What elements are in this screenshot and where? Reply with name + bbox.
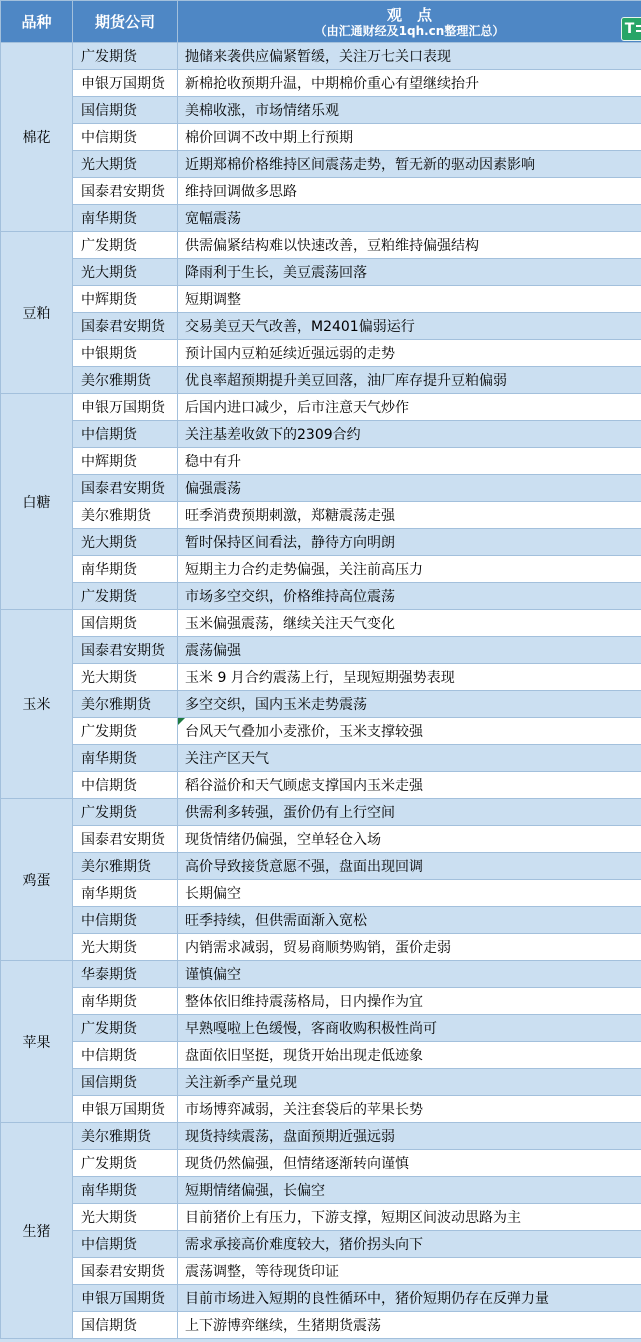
table-row: 美尔雅期货多空交织，国内玉米走势震荡	[1, 691, 641, 718]
table-row: 玉米国信期货玉米偏强震荡，继续关注天气变化	[1, 610, 641, 637]
view-cell[interactable]: 市场多空交织，价格维持高位震荡	[178, 583, 641, 610]
table-row: 中信期货稻谷溢价和天气顾虑支撑国内玉米走强	[1, 772, 641, 799]
company-cell[interactable]: 广发期货	[73, 232, 178, 259]
company-cell[interactable]: 南华期货	[73, 988, 178, 1015]
table-row: 国泰君安期货震荡调整，等待现货印证	[1, 1258, 641, 1285]
view-cell[interactable]: 宽幅震荡	[178, 205, 641, 232]
table-row: 美尔雅期货旺季消费预期刺激，郑糖震荡走强	[1, 502, 641, 529]
table-row: 国信期货美棉收涨，市场情绪乐观	[1, 97, 641, 124]
company-cell[interactable]: 广发期货	[73, 799, 178, 826]
variety-cell[interactable]: 玉米	[1, 610, 73, 799]
table-row: 广发期货市场多空交织，价格维持高位震荡	[1, 583, 641, 610]
table-row: 苹果华泰期货谨慎偏空	[1, 961, 641, 988]
view-cell[interactable]: 稻谷溢价和天气顾虑支撑国内玉米走强	[178, 772, 641, 799]
variety-cell[interactable]: 鸡蛋	[1, 799, 73, 961]
header-view: 观 点 （由汇通财经及1qh.cn整理汇总）	[178, 1, 641, 43]
company-cell[interactable]: 美尔雅期货	[73, 367, 178, 394]
view-cell[interactable]: 高价导致接货意愿不强，盘面出现回调	[178, 853, 641, 880]
header-row: 品种 期货公司 观 点 （由汇通财经及1qh.cn整理汇总）	[1, 1, 641, 43]
view-cell[interactable]: 目前市场进入短期的良性循环中，猪价短期仍存在反弹力量	[178, 1285, 641, 1312]
variety-cell[interactable]: 棉花	[1, 43, 73, 232]
view-cell[interactable]: 短期主力合约走势偏强，关注前高压力	[178, 556, 641, 583]
table-row: 中信期货盘面依旧坚挺，现货开始出现走低迹象	[1, 1042, 641, 1069]
company-cell[interactable]: 中辉期货	[73, 448, 178, 475]
company-cell[interactable]: 国信期货	[73, 1312, 178, 1339]
table-row: 中信期货关注基差收敛下的2309合约	[1, 421, 641, 448]
table-row: 南华期货关注产区天气	[1, 745, 641, 772]
table-row: 中信期货旺季持续，但供需面渐入宽松	[1, 907, 641, 934]
view-cell[interactable]: 多空交织，国内玉米走势震荡	[178, 691, 641, 718]
company-cell[interactable]: 中信期货	[73, 907, 178, 934]
table-row: 美尔雅期货高价导致接货意愿不强，盘面出现回调	[1, 853, 641, 880]
table-row: 国泰君安期货震荡偏强	[1, 637, 641, 664]
table-row: 生猪美尔雅期货现货持续震荡，盘面预期近强远弱	[1, 1123, 641, 1150]
view-cell[interactable]: 玉米偏强震荡，继续关注天气变化	[178, 610, 641, 637]
view-cell[interactable]: 旺季消费预期刺激，郑糖震荡走强	[178, 502, 641, 529]
view-cell[interactable]: 台风天气叠加小麦涨价，玉米支撑较强	[178, 718, 641, 745]
company-cell[interactable]: 美尔雅期货	[73, 691, 178, 718]
view-cell[interactable]: 关注基差收敛下的2309合约	[178, 421, 641, 448]
company-cell[interactable]: 国信期货	[73, 610, 178, 637]
view-cell[interactable]: 现货持续震荡，盘面预期近强远弱	[178, 1123, 641, 1150]
table-row: 国泰君安期货偏强震荡	[1, 475, 641, 502]
view-cell[interactable]: 现货仍然偏强，但情绪逐渐转向谨慎	[178, 1150, 641, 1177]
company-cell[interactable]: 光大期货	[73, 664, 178, 691]
company-cell[interactable]: 国泰君安期货	[73, 178, 178, 205]
view-cell[interactable]: 优良率超预期提升美豆回落，油厂库存提升豆粕偏弱	[178, 367, 641, 394]
table-row: 南华期货短期主力合约走势偏强，关注前高压力	[1, 556, 641, 583]
variety-cell[interactable]: 豆粕	[1, 232, 73, 394]
company-cell[interactable]: 申银万国期货	[73, 1096, 178, 1123]
view-cell[interactable]: 美棉收涨，市场情绪乐观	[178, 97, 641, 124]
table-row: 光大期货近期郑棉价格维持区间震荡走势，暂无新的驱动因素影响	[1, 151, 641, 178]
company-cell[interactable]: 中信期货	[73, 421, 178, 448]
table-row: 广发期货现货仍然偏强，但情绪逐渐转向谨慎	[1, 1150, 641, 1177]
company-cell[interactable]: 申银万国期货	[73, 70, 178, 97]
view-cell[interactable]: 降雨利于生长，美豆震荡回落	[178, 259, 641, 286]
view-cell[interactable]: 内销需求减弱，贸易商顺势购销，蛋价走弱	[178, 934, 641, 961]
company-cell[interactable]: 中信期货	[73, 1042, 178, 1069]
table-row: 南华期货长期偏空	[1, 880, 641, 907]
table-row: 中辉期货稳中有升	[1, 448, 641, 475]
company-cell[interactable]: 光大期货	[73, 1204, 178, 1231]
futures-views-table: 品种 期货公司 观 点 （由汇通财经及1qh.cn整理汇总） 棉花广发期货抛储来…	[0, 0, 641, 1339]
table-row: 南华期货短期情绪偏强，长偏空	[1, 1177, 641, 1204]
table-row: 中信期货需求承接高价难度较大，猪价拐头向下	[1, 1231, 641, 1258]
company-cell[interactable]: 南华期货	[73, 880, 178, 907]
view-cell[interactable]: 抛储来袭供应偏紧暂缓，关注万七关口表现	[178, 43, 641, 70]
view-cell[interactable]: 市场博弈减弱，关注套袋后的苹果长势	[178, 1096, 641, 1123]
company-cell[interactable]: 国泰君安期货	[73, 1258, 178, 1285]
table-row: 中银期货预计国内豆粕延续近强远弱的走势	[1, 340, 641, 367]
company-cell[interactable]: 南华期货	[73, 556, 178, 583]
view-cell[interactable]: 偏强震荡	[178, 475, 641, 502]
view-cell[interactable]: 盘面依旧坚挺，现货开始出现走低迹象	[178, 1042, 641, 1069]
view-cell[interactable]: 关注产区天气	[178, 745, 641, 772]
company-cell[interactable]: 美尔雅期货	[73, 853, 178, 880]
table-row: 国泰君安期货交易美豆天气改善，M2401偏弱运行	[1, 313, 641, 340]
variety-cell[interactable]: 生猪	[1, 1123, 73, 1339]
table-row: 南华期货宽幅震荡	[1, 205, 641, 232]
view-cell[interactable]: 震荡调整，等待现货印证	[178, 1258, 641, 1285]
view-cell[interactable]: 供需利多转强，蛋价仍有上行空间	[178, 799, 641, 826]
company-cell[interactable]: 广发期货	[73, 1015, 178, 1042]
filter-icon-glyph: T	[625, 21, 635, 37]
variety-cell[interactable]: 苹果	[1, 961, 73, 1123]
company-cell[interactable]: 国信期货	[73, 97, 178, 124]
view-cell[interactable]: 短期调整	[178, 286, 641, 313]
view-cell[interactable]: 上下游博弈继续，生猪期货震荡	[178, 1312, 641, 1339]
view-cell[interactable]: 短期情绪偏强，长偏空	[178, 1177, 641, 1204]
table-body: 棉花广发期货抛储来袭供应偏紧暂缓，关注万七关口表现申银万国期货新棉抢收预期升温，…	[1, 43, 641, 1339]
company-cell[interactable]: 光大期货	[73, 529, 178, 556]
header-variety: 品种	[1, 1, 73, 43]
company-cell[interactable]: 广发期货	[73, 43, 178, 70]
company-cell[interactable]: 光大期货	[73, 259, 178, 286]
table-row: 广发期货早熟嘎啦上色缓慢，客商收购积极性尚可	[1, 1015, 641, 1042]
company-cell[interactable]: 光大期货	[73, 151, 178, 178]
table-row: 国泰君安期货现货情绪仍偏强，空单轻仓入场	[1, 826, 641, 853]
view-cell[interactable]: 关注新季产量兑现	[178, 1069, 641, 1096]
table-row: 光大期货暂时保持区间看法，静待方向明朗	[1, 529, 641, 556]
table-row: 棉花广发期货抛储来袭供应偏紧暂缓，关注万七关口表现	[1, 43, 641, 70]
cell-comment-marker-icon	[178, 718, 185, 725]
futures-opinions-sheet: 品种 期货公司 观 点 （由汇通财经及1qh.cn整理汇总） 棉花广发期货抛储来…	[0, 0, 641, 1339]
view-cell[interactable]: 维持回调做多思路	[178, 178, 641, 205]
company-cell[interactable]: 国泰君安期货	[73, 826, 178, 853]
company-cell[interactable]: 广发期货	[73, 1150, 178, 1177]
company-cell[interactable]: 华泰期货	[73, 961, 178, 988]
view-cell[interactable]: 交易美豆天气改善，M2401偏弱运行	[178, 313, 641, 340]
header-view-subtitle: （由汇通财经及1qh.cn整理汇总）	[178, 24, 641, 38]
company-cell[interactable]: 美尔雅期货	[73, 502, 178, 529]
table-row: 申银万国期货目前市场进入短期的良性循环中，猪价短期仍存在反弹力量	[1, 1285, 641, 1312]
view-cell[interactable]: 早熟嘎啦上色缓慢，客商收购积极性尚可	[178, 1015, 641, 1042]
company-cell[interactable]: 申银万国期货	[73, 394, 178, 421]
table-row: 光大期货内销需求减弱，贸易商顺势购销，蛋价走弱	[1, 934, 641, 961]
table-row: 光大期货玉米 9 月合约震荡上行，呈现短期强势表现	[1, 664, 641, 691]
variety-cell[interactable]: 白糖	[1, 394, 73, 610]
company-cell[interactable]: 中信期货	[73, 1231, 178, 1258]
table-row: 国信期货关注新季产量兑现	[1, 1069, 641, 1096]
view-cell[interactable]: 震荡偏强	[178, 637, 641, 664]
company-cell[interactable]: 中信期货	[73, 772, 178, 799]
company-cell[interactable]: 申银万国期货	[73, 1285, 178, 1312]
header-view-title: 观 点	[178, 6, 641, 24]
view-cell[interactable]: 暂时保持区间看法，静待方向明朗	[178, 529, 641, 556]
view-cell[interactable]: 新棉抢收预期升温，中期棉价重心有望继续抬升	[178, 70, 641, 97]
table-row: 光大期货降雨利于生长，美豆震荡回落	[1, 259, 641, 286]
table-row: 国信期货上下游博弈继续，生猪期货震荡	[1, 1312, 641, 1339]
view-cell[interactable]: 近期郑棉价格维持区间震荡走势，暂无新的驱动因素影响	[178, 151, 641, 178]
table-row: 鸡蛋广发期货供需利多转强，蛋价仍有上行空间	[1, 799, 641, 826]
table-row: 申银万国期货新棉抢收预期升温，中期棉价重心有望继续抬升	[1, 70, 641, 97]
view-cell[interactable]: 长期偏空	[178, 880, 641, 907]
table-row: 美尔雅期货优良率超预期提升美豆回落，油厂库存提升豆粕偏弱	[1, 367, 641, 394]
filter-icon[interactable]: T	[621, 17, 641, 41]
company-cell[interactable]: 中辉期货	[73, 286, 178, 313]
company-cell[interactable]: 国信期货	[73, 1069, 178, 1096]
table-row: 南华期货整体依旧维持震荡格局，日内操作为宜	[1, 988, 641, 1015]
company-cell[interactable]: 南华期货	[73, 1177, 178, 1204]
view-cell[interactable]: 需求承接高价难度较大，猪价拐头向下	[178, 1231, 641, 1258]
table-row: 中辉期货短期调整	[1, 286, 641, 313]
view-cell[interactable]: 目前猪价上有压力，下游支撑，短期区间波动思路为主	[178, 1204, 641, 1231]
view-cell[interactable]: 供需偏紧结构难以快速改善，豆粕维持偏强结构	[178, 232, 641, 259]
view-cell[interactable]: 整体依旧维持震荡格局，日内操作为宜	[178, 988, 641, 1015]
company-cell[interactable]: 南华期货	[73, 745, 178, 772]
header-company: 期货公司	[73, 1, 178, 43]
view-cell[interactable]: 稳中有升	[178, 448, 641, 475]
company-cell[interactable]: 国泰君安期货	[73, 637, 178, 664]
company-cell[interactable]: 广发期货	[73, 583, 178, 610]
view-cell[interactable]: 后国内进口减少，后市注意天气炒作	[178, 394, 641, 421]
view-cell[interactable]: 旺季持续，但供需面渐入宽松	[178, 907, 641, 934]
company-cell[interactable]: 广发期货	[73, 718, 178, 745]
view-cell[interactable]: 预计国内豆粕延续近强远弱的走势	[178, 340, 641, 367]
company-cell[interactable]: 美尔雅期货	[73, 1123, 178, 1150]
table-row: 中信期货棉价回调不改中期上行预期	[1, 124, 641, 151]
view-cell[interactable]: 棉价回调不改中期上行预期	[178, 124, 641, 151]
table-header: 品种 期货公司 观 点 （由汇通财经及1qh.cn整理汇总）	[1, 1, 641, 43]
table-row: 国泰君安期货维持回调做多思路	[1, 178, 641, 205]
view-cell[interactable]: 谨慎偏空	[178, 961, 641, 988]
table-row: 申银万国期货市场博弈减弱，关注套袋后的苹果长势	[1, 1096, 641, 1123]
table-row: 广发期货台风天气叠加小麦涨价，玉米支撑较强	[1, 718, 641, 745]
table-row: 豆粕广发期货供需偏紧结构难以快速改善，豆粕维持偏强结构	[1, 232, 641, 259]
company-cell[interactable]: 南华期货	[73, 205, 178, 232]
view-cell[interactable]: 现货情绪仍偏强，空单轻仓入场	[178, 826, 641, 853]
company-cell[interactable]: 国泰君安期货	[73, 313, 178, 340]
table-row: 光大期货目前猪价上有压力，下游支撑，短期区间波动思路为主	[1, 1204, 641, 1231]
company-cell[interactable]: 中银期货	[73, 340, 178, 367]
company-cell[interactable]: 国泰君安期货	[73, 475, 178, 502]
company-cell[interactable]: 光大期货	[73, 934, 178, 961]
company-cell[interactable]: 中信期货	[73, 124, 178, 151]
view-cell[interactable]: 玉米 9 月合约震荡上行，呈现短期强势表现	[178, 664, 641, 691]
table-row: 白糖申银万国期货后国内进口减少，后市注意天气炒作	[1, 394, 641, 421]
